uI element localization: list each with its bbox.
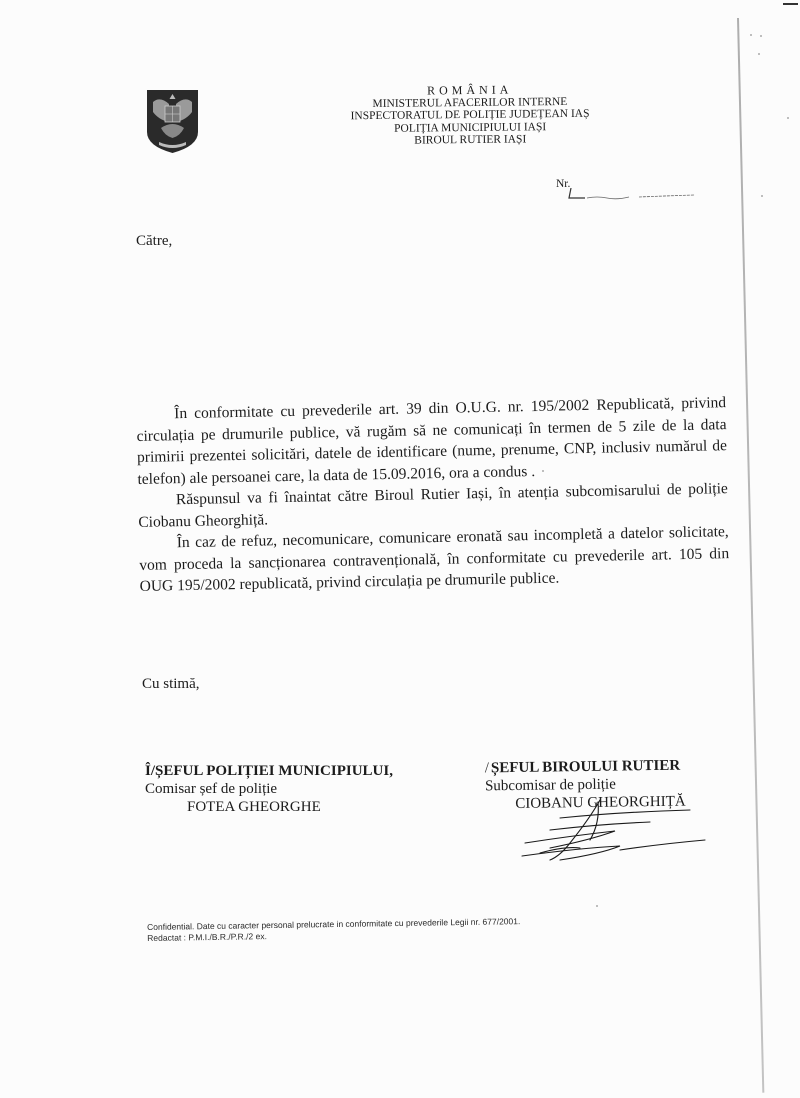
addressee-label: Către, xyxy=(136,233,172,250)
signatory-left-name: FOTEA GHEORGHE xyxy=(145,798,393,816)
scan-speck xyxy=(758,53,760,55)
letterhead: ROMÂNIA MINISTERUL AFACERILOR INTERNE IN… xyxy=(320,82,621,148)
romanian-coat-of-arms-icon xyxy=(145,88,200,154)
body-paragraph-request: În conformitate cu prevederile art. 39 d… xyxy=(136,392,728,490)
document-footer: Confidential. Date cu caracter personal … xyxy=(147,916,521,944)
letterhead-traffic-office: BIROUL RUTIER IAȘI xyxy=(320,132,620,148)
signatory-right-title-row: /ȘEFUL BIROULUI RUTIER xyxy=(485,757,686,778)
body-paragraph-sanction: În caz de refuz, necomunicare, comunicar… xyxy=(139,521,730,597)
scan-speck xyxy=(787,117,789,119)
signatory-right-title: ȘEFUL BIROULUI RUTIER xyxy=(491,758,680,777)
handwritten-signature xyxy=(520,798,720,868)
signatory-left-rank: Comisar șef de poliție xyxy=(145,780,393,798)
page-edge-line xyxy=(737,18,764,1093)
scan-edge-mark xyxy=(783,3,798,5)
letter-body: În conformitate cu prevederile art. 39 d… xyxy=(136,392,730,597)
signatory-left: Î/ȘEFUL POLIȚIEI MUNICIPIULUI, Comisar ș… xyxy=(145,762,393,816)
scan-speck xyxy=(596,905,598,907)
scan-speck xyxy=(760,35,762,37)
signatory-right-mark: / xyxy=(485,760,489,776)
registration-number-handwritten xyxy=(567,188,697,202)
signatory-left-title: Î/ȘEFUL POLIȚIEI MUNICIPIULUI, xyxy=(145,762,393,780)
closing-salutation: Cu stimă, xyxy=(142,676,200,693)
scan-speck xyxy=(761,195,763,197)
scan-speck xyxy=(750,34,752,36)
